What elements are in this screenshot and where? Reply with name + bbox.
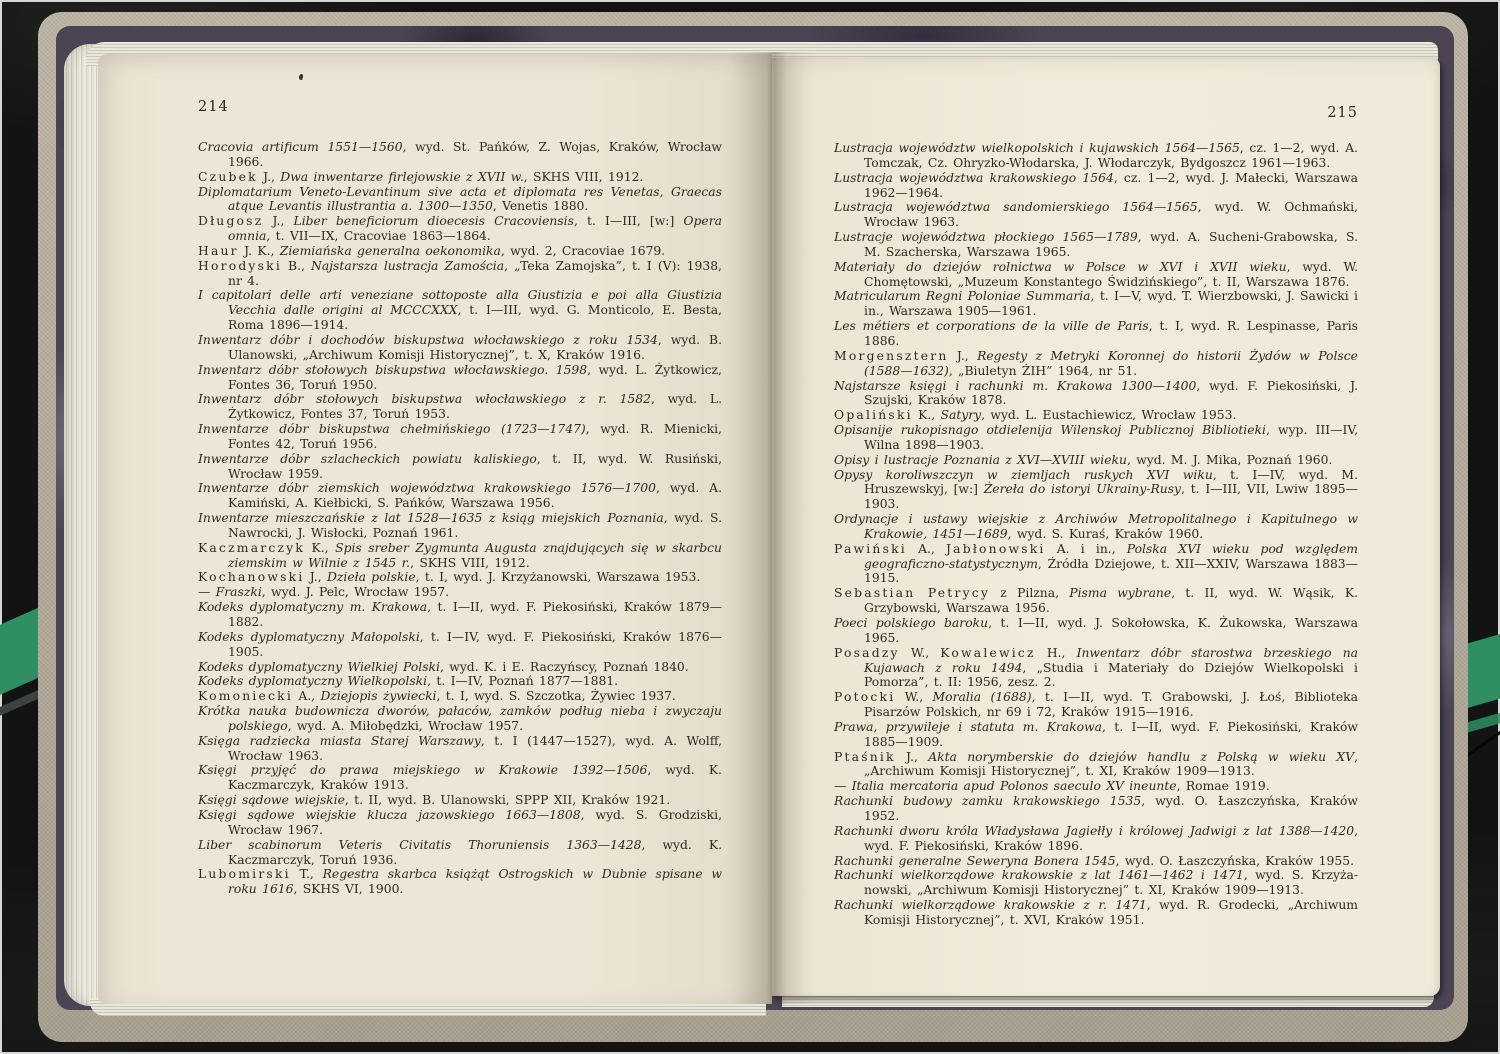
bibliography-entry: Materiały do dziejów rolnictwa w Polsce … (834, 260, 1358, 290)
bibliography-list-left: Cracovia artificum 1551—1560, wyd. St. P… (198, 140, 722, 897)
bibliography-entry: Rachunki wielkorządowe krakowskie z lat … (834, 868, 1358, 898)
bibliography-entry: Księgi sądowe wiejskie, t. II, wyd. B. U… (198, 793, 722, 808)
bibliography-entry: Rachunki generalne Seweryna Bonera 1545,… (834, 854, 1358, 869)
bibliography-entry: Rachunki wielkorządowe krakowskie z r. 1… (834, 898, 1358, 928)
bibliography-entry: Haur J. K., Ziemiańska generalna oekonom… (198, 244, 722, 259)
bibliography-entry: Kodeks dyplomatyczny m. Krakowa, t. I—II… (198, 600, 722, 630)
bibliography-entry: Opisy i lustracje Poznania z XVI—XVIII w… (834, 453, 1358, 468)
bibliography-entry: Diplomatarium Veneto-Levantinum sive act… (198, 185, 722, 215)
bibliography-entry: Pawiński A., Jabłonowski A. i in., Polsk… (834, 542, 1358, 587)
bibliography-entry: Lubomirski T., Regestra skarbca książąt … (198, 867, 722, 897)
bibliography-entry: Inwentarze dóbr ziemskich województwa kr… (198, 481, 722, 511)
bibliography-entry: Kodeks dyplomatyczny Wielkiej Polski, wy… (198, 660, 722, 675)
bibliography-entry: Opaliński K., Satyry, wyd. L. Eustachiew… (834, 408, 1358, 423)
bibliography-entry: Potocki W., Moralia (1688), t. I—II, wyd… (834, 690, 1358, 720)
bibliography-entry: Opisanije rukopisnago otdielenija Wilens… (834, 423, 1358, 453)
bibliography-entry: Rachunki dworu króla Władysława Jagiełły… (834, 824, 1358, 854)
bibliography-entry: Posadzy W., Kowalewicz H., Inwentarz dób… (834, 646, 1358, 691)
bibliography-entry: Ordynacje i ustawy wiejskie z Archiwów M… (834, 512, 1358, 542)
bibliography-entry: Inwentarz dóbr stołowych biskupstwa włoc… (198, 392, 722, 422)
bibliography-entry: Ptaśnik J., Akta norymberskie do dziejów… (834, 750, 1358, 780)
bibliography-entry: Inwentarz dóbr stołowych biskupstwa włoc… (198, 363, 722, 393)
page-left-content: 214 Cracovia artificum 1551—1560, wyd. S… (198, 99, 722, 897)
bibliography-entry: Kodeks dyplomatyczny Wielkopolski, t. I—… (198, 674, 722, 689)
bibliography-entry: Rachunki budowy zamku krakowskiego 1535,… (834, 794, 1358, 824)
bibliography-entry: Prawa, przywileje i statuta m. Krakowa, … (834, 720, 1358, 750)
bibliography-entry: Sebastian Petrycy z Pilzna, Pisma wybran… (834, 586, 1358, 616)
bibliography-entry: Inwentarze dóbr szlacheckich powiatu kal… (198, 452, 722, 482)
bibliography-entry: Kochanowski J., Dzieła polskie, t. I, wy… (198, 570, 722, 585)
bibliography-entry: — Italia mercatoria apud Polonos saeculo… (834, 779, 1358, 794)
page-number-right: 215 (834, 105, 1358, 121)
bibliography-entry: Horodyski B., Najstarsza lustracja Zamoś… (198, 259, 722, 289)
bibliography-entry: Kaczmarczyk K., Spis sreber Zygmunta Aug… (198, 541, 722, 571)
bibliography-entry: Lustracje województwa płockiego 1565—178… (834, 230, 1358, 260)
bibliography-entry: Krótka nauka budownicza dworów, pałaców,… (198, 704, 722, 734)
bibliography-entry: Opysy koroliwszczyn w ziemljach ruskych … (834, 468, 1358, 513)
bibliography-entry: Morgensztern J., Regesty z Metryki Koron… (834, 349, 1358, 379)
bibliography-entry: Inwentarze dóbr biskupstwa chełmińskiego… (198, 422, 722, 452)
bibliography-entry: Inwentarz dóbr i dochodów biskupstwa wło… (198, 333, 722, 363)
bibliography-entry: Księgi sądowe wiejskie klucza jazowskieg… (198, 808, 722, 838)
bibliography-entry: Długosz J., Liber beneficiorum dioecesis… (198, 214, 722, 244)
bibliography-entry: — Fraszki, wyd. J. Pelc, Wrocław 1957. (198, 585, 722, 600)
bibliography-entry: Komoniecki A., Dziejopis żywiecki, t. I,… (198, 689, 722, 704)
bibliography-entry: Lustracja województwa sandomierskiego 15… (834, 200, 1358, 230)
page-number-left: 214 (198, 99, 722, 115)
bibliography-entry: Kodeks dyplomatyczny Małopolski, t. I—IV… (198, 630, 722, 660)
page-right-content: 215 Lustracja województw wielkopolskich … (834, 105, 1358, 928)
bibliography-entry: Księga radziecka miasta Starej Warszawy,… (198, 734, 722, 764)
bibliography-entry: Matricularum Regni Poloniae Summaria, t.… (834, 289, 1358, 319)
bibliography-entry: Lustracja województw wielkopolskich i ku… (834, 141, 1358, 171)
bibliography-entry: I capitolari delle arti veneziane sottop… (198, 288, 722, 333)
bibliography-entry: Czubek J., Dwa inwentarze firlejowskie z… (198, 170, 722, 185)
bibliography-entry: Cracovia artificum 1551—1560, wyd. St. P… (198, 140, 722, 170)
gutter-shadow (730, 52, 816, 1004)
bibliography-entry: Liber scabinorum Veteris Civitatis Thoru… (198, 838, 722, 868)
bibliography-entry: Lustracja województwa krakowskiego 1564,… (834, 171, 1358, 201)
book-scan-background: 214 Cracovia artificum 1551—1560, wyd. S… (0, 0, 1500, 1054)
bibliography-entry: Poeci polskiego baroku, t. I—II, wyd. J.… (834, 616, 1358, 646)
bibliography-entry: Les métiers et corporations de la ville … (834, 319, 1358, 349)
bibliography-entry: Inwentarze mieszczańskie z lat 1528—1635… (198, 511, 722, 541)
bibliography-entry: Księgi przyjęć do prawa miejskiego w Kra… (198, 763, 722, 793)
bibliography-list-right: Lustracja województw wielkopolskich i ku… (834, 141, 1358, 928)
bibliography-entry: Najstarsze księgi i rachunki m. Krakowa … (834, 379, 1358, 409)
